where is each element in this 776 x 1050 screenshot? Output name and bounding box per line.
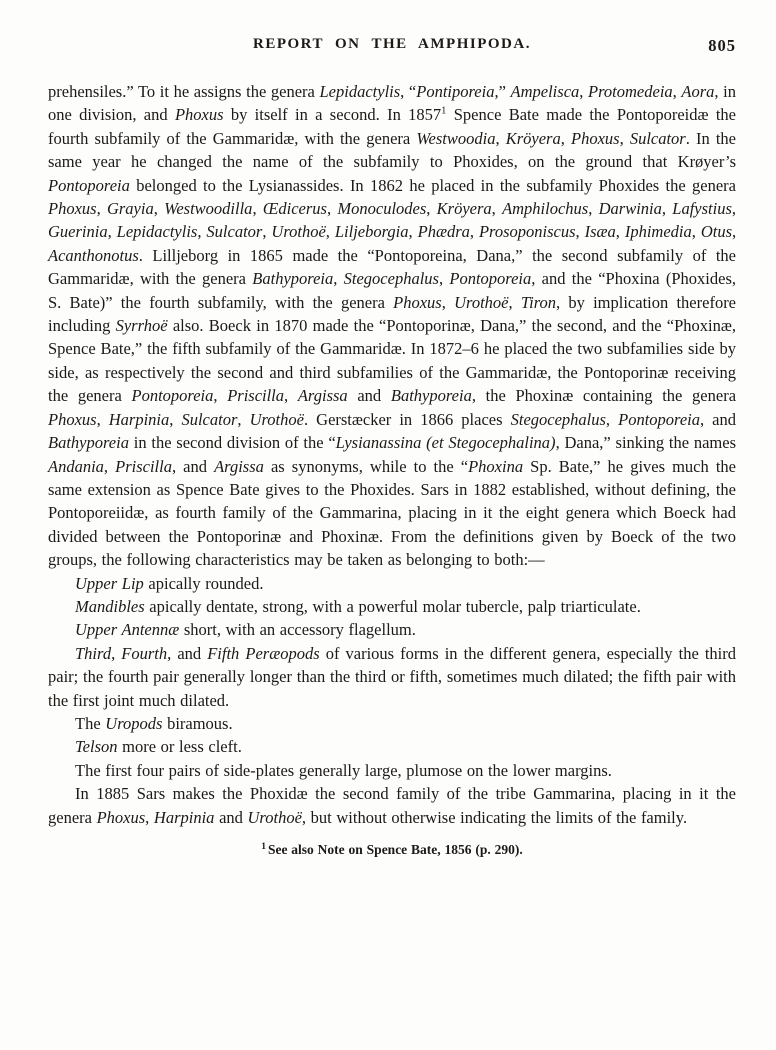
italic-genus-text: Kröyera [437,199,492,218]
text-run: , [154,199,164,218]
italic-genus-text: Sulcator [630,129,686,148]
italic-genus-text: Œdicerus [263,199,327,218]
text-run: , [561,129,571,148]
text-run: belonged to the Lysianassides. In 1862 h… [130,176,736,195]
italic-genus-text: Grayia [107,199,154,218]
text-run: , [620,129,630,148]
text-run: , [442,293,454,312]
text-run: , [732,222,736,241]
italic-genus-text: Liljeborgia [335,222,409,241]
italic-genus-text: Phoxina [468,457,523,476]
italic-genus-text: Phoxus [571,129,620,148]
italic-genus-text: Third [75,644,111,663]
text-run: , [606,410,618,429]
text-run: , [237,410,249,429]
text-run: , [579,82,588,101]
text-run: , [662,199,672,218]
italic-genus-text: Urothoë [248,808,302,827]
italic-genus-text: Prosoponiscus [479,222,576,241]
paragraph: Upper Lip apically rounded. [48,572,736,595]
italic-genus-text: Lepidactylis [320,82,401,101]
text-run: , and [172,457,214,476]
text-run: short, with an accessory flagellum. [179,620,416,639]
text-block: prehensiles.” To it he assigns the gener… [48,80,736,859]
italic-genus-text: Phoxus [393,293,442,312]
italic-genus-text: Protomedeia [588,82,673,101]
text-run: and [214,808,247,827]
paragraph: Third, Fourth, and Fifth Peræopods of va… [48,642,736,712]
italic-genus-text: Phoxus [48,199,97,218]
text-run: , [492,199,502,218]
italic-genus-text: Darwinia [599,199,662,218]
text-run: , [576,222,585,241]
text-run: apically rounded. [144,574,264,593]
italic-genus-text: Monoculodes [337,199,426,218]
italic-genus-text: Ampelisca [511,82,580,101]
italic-genus-text: Fifth Peræopods [207,644,319,663]
text-run: by itself in a second. In 1857 [224,105,442,124]
italic-genus-text: Harpinia [154,808,215,827]
text-run: , “ [400,82,416,101]
footnote: 1See also Note on Spence Bate, 1856 (p. … [48,841,736,859]
text-run: , Dana,” sinking the names [556,433,736,452]
italic-genus-text: Westwoodia [416,129,495,148]
text-run: , [470,222,479,241]
italic-genus-text: Uropods [105,714,162,733]
page-header: REPORT ON THE AMPHIPODA. 805 [48,36,736,58]
text-run: , [327,199,337,218]
text-run: , [588,199,598,218]
text-run: prehensiles.” To it he assigns the gener… [48,82,320,101]
italic-genus-text: Bathyporeia [48,433,129,452]
italic-genus-text: Telson [75,737,118,756]
text-run: , [145,808,154,827]
text-run: The [75,714,105,733]
italic-genus-text: Phædra [418,222,470,241]
italic-genus-text: Fourth [121,644,167,663]
italic-genus-text: Bathyporeia [391,386,472,405]
italic-genus-text: Lafystius [672,199,732,218]
text-run: , [111,644,121,663]
footnote-marker: 1 [261,842,266,852]
italic-genus-text: Amphilochus [502,199,588,218]
text-run: , [508,293,520,312]
paragraph: Upper Antennæ short, with an accessory f… [48,618,736,641]
text-run: , [252,199,262,218]
italic-genus-text: Lepidactylis [117,222,198,241]
italic-genus-text: Guerinia [48,222,108,241]
italic-genus-text: Lysianassina (et Stegocephalina) [336,433,556,452]
text-run: , [97,199,107,218]
text-run: , [284,386,298,405]
text-run: as synonyms, while to the “ [264,457,468,476]
italic-genus-text: Upper Antennæ [75,620,179,639]
italic-genus-text: Upper Lip [75,574,144,593]
text-run: , and [700,410,736,429]
italic-genus-text: Andania [48,457,104,476]
italic-genus-text: Sulcator [206,222,262,241]
text-run: in the second division of the “ [129,433,336,452]
paragraph: In 1885 Sars makes the Phoxidæ the secon… [48,782,736,829]
text-run: , [495,129,505,148]
text-run: , [426,199,436,218]
italic-genus-text: Phoxus [48,410,97,429]
italic-genus-text: Stegocephalus [344,269,439,288]
italic-genus-text: Pontoporeia [618,410,700,429]
footnote-text: See also Note on Spence Bate, 1856 (p. 2… [268,842,523,857]
text-run: , [108,222,117,241]
paragraph: Telson more or less cleft. [48,735,736,758]
italic-genus-text: Tiron [521,293,556,312]
italic-genus-text: Stegocephalus [511,410,606,429]
italic-genus-text: Priscilla [227,386,284,405]
text-run: , [439,269,449,288]
text-run: , [326,222,335,241]
book-page: REPORT ON THE AMPHIPODA. 805 prehensiles… [0,0,776,1050]
text-run: . Gerstæcker in 1866 places [304,410,511,429]
italic-genus-text: Kröyera [506,129,561,148]
text-run: ,” [494,82,510,101]
italic-genus-text: Argissa [214,457,264,476]
text-run: apically dentate, strong, with a powerfu… [145,597,641,616]
text-run: , [732,199,736,218]
italic-genus-text: Aora [681,82,714,101]
text-run: , [692,222,701,241]
paragraph: prehensiles.” To it he assigns the gener… [48,80,736,572]
text-run: , [169,410,181,429]
text-run: , [616,222,625,241]
page-number: 805 [708,36,736,56]
text-run: more or less cleft. [118,737,242,756]
italic-genus-text: Phoxus [175,105,224,124]
paragraph: The Uropods biramous. [48,712,736,735]
italic-genus-text: Mandibles [75,597,145,616]
italic-genus-text: Otus [701,222,732,241]
italic-genus-text: Sulcator [181,410,237,429]
running-head-title: REPORT ON THE AMPHIPODA. [48,36,736,53]
italic-genus-text: Acanthonotus [48,246,139,265]
italic-genus-text: Urothoë [454,293,508,312]
italic-genus-text: Pontoporeia [48,176,130,195]
italic-genus-text: Harpinia [109,410,170,429]
text-run: The first four pairs of side-plates gene… [75,761,612,780]
text-run: and [348,386,391,405]
italic-genus-text: Isæa [585,222,616,241]
text-run: , the Phoxinæ containing the genera [472,386,736,405]
italic-genus-text: Urothoë [250,410,304,429]
paragraphs-container: prehensiles.” To it he assigns the gener… [48,80,736,829]
paragraph: The first four pairs of side-plates gene… [48,759,736,782]
italic-genus-text: Pontoporeia [449,269,531,288]
text-run: , but without otherwise indicating the l… [302,808,687,827]
italic-genus-text: Westwoodilla [164,199,252,218]
italic-genus-text: Syrrhoë [116,316,168,335]
italic-genus-text: Priscilla [115,457,172,476]
italic-genus-text: Argissa [298,386,348,405]
text-run: , [104,457,115,476]
italic-genus-text: Pontoporeia [131,386,213,405]
text-run: , [409,222,418,241]
paragraph: Mandibles apically dentate, strong, with… [48,595,736,618]
text-run: , [97,410,109,429]
text-run: , [213,386,227,405]
italic-genus-text: Iphimedia [625,222,692,241]
italic-genus-text: Phoxus [97,808,146,827]
text-run: biramous. [162,714,232,733]
italic-genus-text: Bathyporeia [252,269,333,288]
text-run: , [333,269,343,288]
text-run: , and [167,644,207,663]
italic-genus-text: Pontiporeia [416,82,494,101]
italic-genus-text: Urothoë [271,222,325,241]
